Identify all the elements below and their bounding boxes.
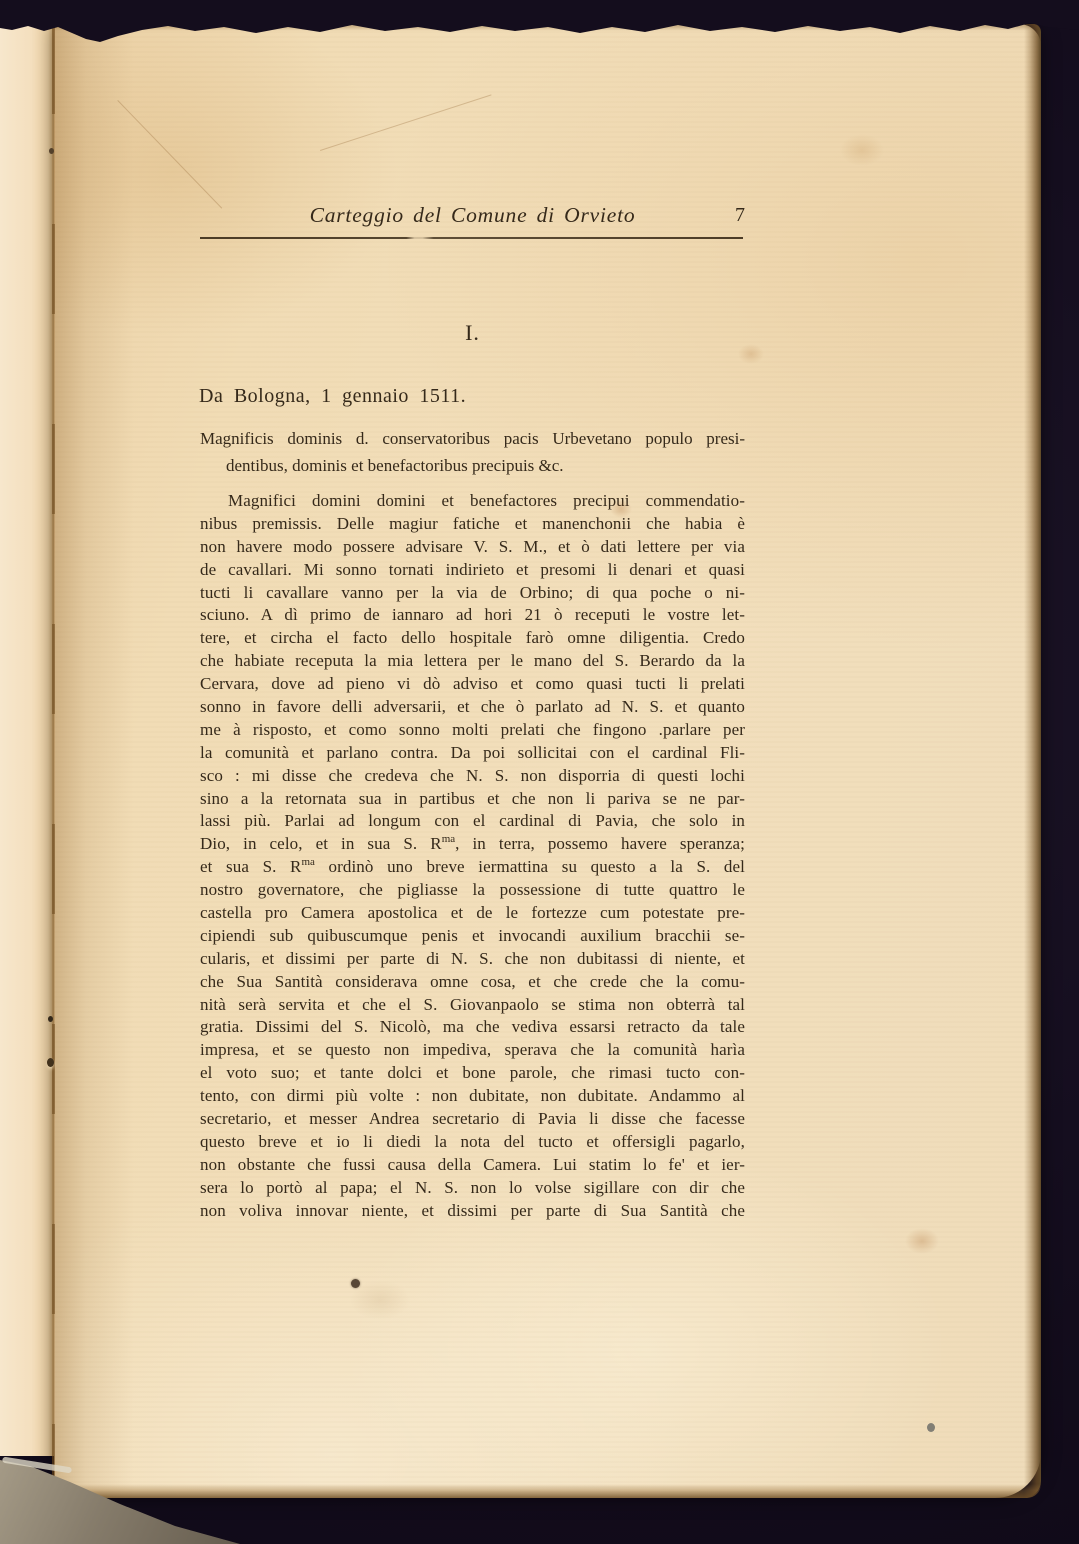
foxing-stain (738, 344, 764, 364)
page-edge-bottom (54, 1484, 1041, 1498)
body-line: sino a la retornata sua in partibus et c… (200, 788, 745, 811)
body-line: secretario, et messer Andrea secretario … (200, 1108, 745, 1131)
body-line: non obstante che fussi causa della Camer… (200, 1154, 745, 1177)
underlying-page-sliver (0, 0, 57, 1456)
sewing-hole (48, 1016, 53, 1022)
body-line: Cervara, dove ad pieno vi dò adviso et c… (200, 673, 745, 696)
foxing-stain (905, 1228, 939, 1254)
body-line: Dio, in celo, et in sua S. Rma, in terra… (200, 833, 745, 856)
body-line: tento, con dirmi più volte : non dubitat… (200, 1085, 745, 1108)
body-line: tucti li cavallare vanno per la via de O… (200, 582, 745, 605)
body-line: castella pro Camera apostolica et de le … (200, 902, 745, 925)
photo-backdrop: Carteggio del Comune di Orvieto 7 I. Da … (0, 0, 1079, 1544)
body-line: nità serà servita et che el S. Giovanpao… (200, 994, 745, 1017)
body-line: impresa, et se questo non impediva, sper… (200, 1039, 745, 1062)
salutation-line-1: Magnificis dominis d. conservatoribus pa… (200, 429, 745, 453)
body-line: che habiate receputa la mia lettera per … (200, 650, 745, 673)
body-line: me à risposto, et como sonno molti prela… (200, 719, 745, 742)
body-line: tere, et circha el facto dello hospitale… (200, 627, 745, 650)
fold-speck (49, 148, 54, 154)
body-line: non havere modo possere advisare V. S. M… (200, 536, 745, 559)
body-line: non voliva innovar niente, et dissimi pe… (200, 1200, 745, 1223)
header-rule (200, 237, 743, 239)
salutation-line-2: dentibus, dominis et benefactoribus prec… (226, 456, 745, 476)
body-line: la comunità et parlano contra. Da poi so… (200, 742, 745, 765)
body-line: cularis, et dissimi per parte di N. S. c… (200, 948, 745, 971)
body-line: cipiendi sub quibuscumque penis et invoc… (200, 925, 745, 948)
page-edge-right (1024, 24, 1041, 1498)
body-line: Magnifici domini domini et benefactores … (200, 490, 745, 513)
body-line: gratia. Dissimi del S. Nicolò, ma che ve… (200, 1016, 745, 1039)
body-line: et sua S. Rma ordinò uno breve iermattin… (200, 856, 745, 879)
ink-speck (351, 1279, 360, 1288)
body-line: sco : mi disse che credeva che N. S. non… (200, 765, 745, 788)
body-line: sciuno. A dì primo de iannaro ad hori 21… (200, 604, 745, 627)
letter-dateline: Da Bologna, 1 gennaio 1511. (199, 385, 466, 408)
body-line: nibus premissis. Delle magiur fatiche et… (200, 513, 745, 536)
body-line: de cavallari. Mi sonno tornati indirieto… (200, 559, 745, 582)
foxing-stain (610, 500, 632, 518)
body-line: sera lo portò al papa; el N. S. non lo v… (200, 1177, 745, 1200)
section-number: I. (200, 320, 745, 346)
gutter-fold-line (52, 24, 55, 1498)
sewing-hole (47, 1058, 54, 1067)
body-line: el voto suo; et tante dolci et bone paro… (200, 1062, 745, 1085)
page-number: 7 (700, 204, 745, 227)
foxing-stain (840, 134, 884, 166)
gutter-shadow (54, 24, 134, 1498)
body-line: sonno in favore delli adversarii, et che… (200, 696, 745, 719)
body-line: nostro governatore, che pigliasse la pos… (200, 879, 745, 902)
body-line: lassi più. Parlai ad longum con el cardi… (200, 810, 745, 833)
body-line: che Sua Santità considerava omne cosa, e… (200, 971, 745, 994)
running-header-title: Carteggio del Comune di Orvieto (200, 203, 745, 228)
body-paragraph: Magnifici domini domini et benefactores … (200, 490, 745, 1223)
body-line: questo breve et io li diedi la nota del … (200, 1131, 745, 1154)
grey-speck (927, 1423, 935, 1432)
